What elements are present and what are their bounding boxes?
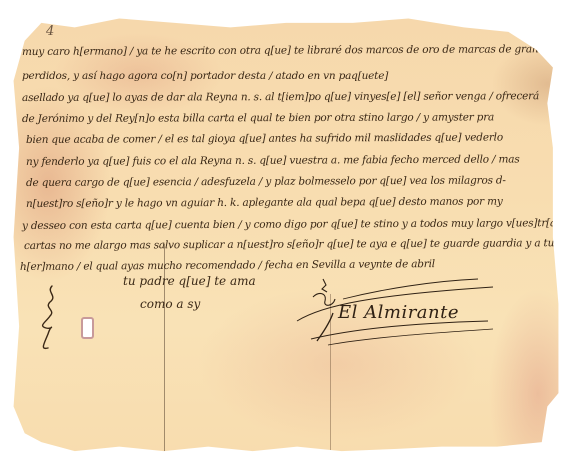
text-line-4: de Jerónimo y del Rey[n]o esta billa car…	[22, 111, 494, 125]
manuscript-page: 4 muy caro h[ermano] / ya te he escrito …	[8, 14, 564, 460]
text-line-2: perdidos, y así hago agora co[n] portado…	[22, 70, 388, 82]
rubric-flourish-icon	[36, 282, 68, 352]
text-line-6: ny fenderlo ya q[ue] fuis co el ala Reyn…	[26, 153, 520, 168]
text-line-3: asellado ya q[ue] lo ayas de dar ala Rey…	[22, 90, 539, 104]
closing-line-1: tu padre q[ue] te ama	[123, 274, 256, 288]
text-line-10: cartas no me alargo mas salvo suplicar a…	[24, 237, 554, 252]
page-number: 4	[46, 24, 54, 39]
closing-line-2: como a sy	[140, 297, 200, 311]
signature-text: El Almirante	[338, 302, 459, 323]
text-line-1: muy caro h[ermano] / ya te he escrito co…	[22, 43, 575, 58]
text-line-5: bien que acaba de comer / el es tal gioy…	[26, 132, 503, 146]
text-line-7: de quera cargo de q[ue] esencia / adesfu…	[26, 174, 506, 189]
text-line-9: y desseo con esta carta q[ue] cuenta bie…	[22, 217, 565, 232]
paper-hole	[81, 317, 94, 339]
text-line-8: n[uest]ro s[eño]r y le hago vn aguiar h.…	[26, 196, 503, 210]
